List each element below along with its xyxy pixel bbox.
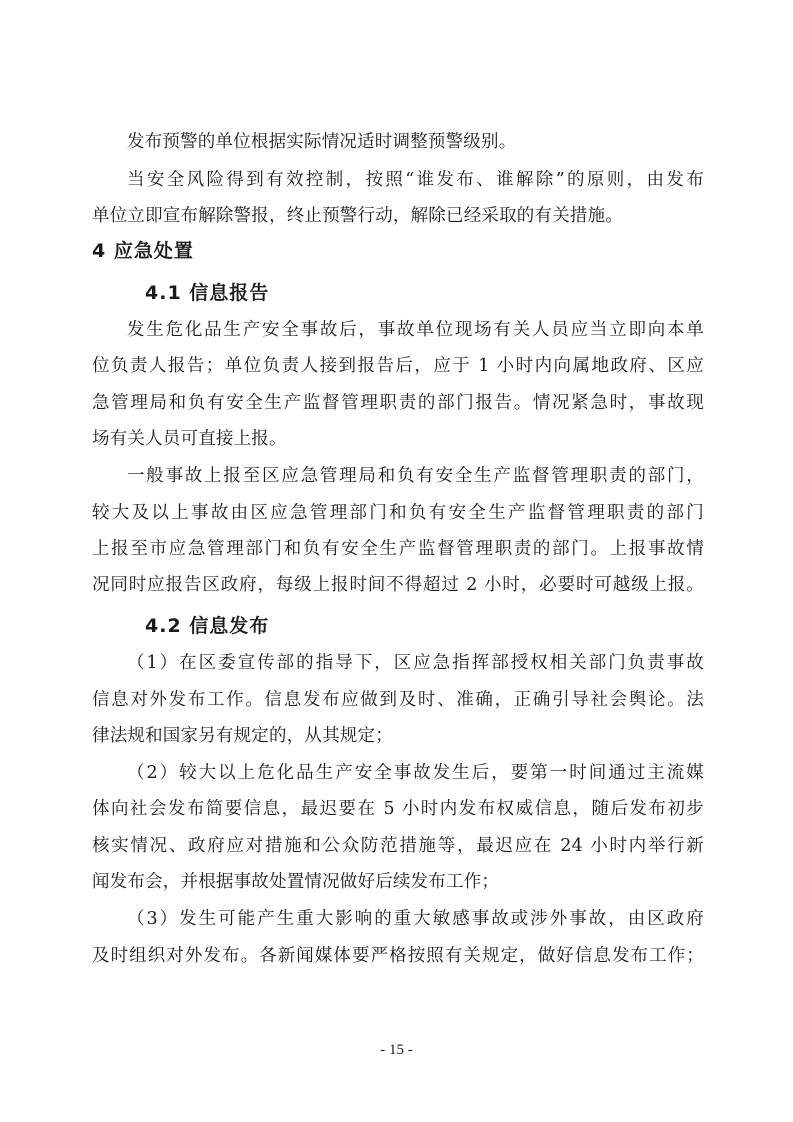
paragraph-line: 一般事故上报至区应急管理局和负有安全生产监督管理职责的部门，	[127, 464, 704, 488]
subsection-heading: 4.1 信息报告	[145, 280, 269, 306]
page-number: - 15 -	[0, 1042, 793, 1059]
paragraph-line: 较大及以上事故由区应急管理部门和负有安全生产监督管理职责的部门	[92, 501, 704, 525]
subsection-heading: 4.2 信息发布	[145, 613, 269, 639]
paragraph-line: 单位立即宣布解除警报，终止预警行动，解除已经采取的有关措施。	[92, 204, 704, 228]
paragraph-line: 及时组织对外发布。各新闻媒体要严格按照有关规定，做好信息发布工作；	[92, 944, 704, 968]
paragraph-line: 律法规和国家另有规定的，从其规定；	[92, 724, 704, 748]
paragraph-line: 核实情况、政府应对措施和公众防范措施等，最迟应在 24 小时内举行新	[92, 834, 704, 858]
paragraph-line: 急管理局和负有安全生产监督管理职责的部门报告。情况紧急时，事故现	[92, 391, 704, 415]
paragraph-line: 体向社会发布简要信息，最迟要在 5 小时内发布权威信息，随后发布初步	[92, 797, 704, 821]
paragraph-line: 发生危化品生产安全事故后，事故单位现场有关人员应当立即向本单	[127, 318, 704, 342]
paragraph-line: 场有关人员可直接上报。	[92, 427, 704, 451]
section-heading: 4 应急处置	[92, 238, 194, 264]
paragraph-line: （2）较大以上危化品生产安全事故发生后，要第一时间通过主流媒	[127, 761, 704, 785]
paragraph-line: 发布预警的单位根据实际情况适时调整预警级别。	[127, 130, 704, 154]
paragraph-line: （3）发生可能产生重大影响的重大敏感事故或涉外事故，由区政府	[127, 907, 704, 931]
paragraph-line: 当安全风险得到有效控制，按照“谁发布、谁解除”的原则，由发布	[127, 168, 704, 192]
paragraph-line: （1）在区委宣传部的指导下，区应急指挥部授权相关部门负责事故	[127, 651, 704, 675]
paragraph-line: 况同时应报告区政府，每级上报时间不得超过 2 小时，必要时可越级上报。	[92, 573, 704, 597]
paragraph-line: 信息对外发布工作。信息发布应做到及时、准确，正确引导社会舆论。法	[92, 688, 704, 712]
paragraph-line: 上报至市应急管理部门和负有安全生产监督管理职责的部门。上报事故情	[92, 537, 704, 561]
paragraph-line: 闻发布会，并根据事故处置情况做好后续发布工作；	[92, 870, 704, 894]
paragraph-line: 位负责人报告；单位负责人接到报告后，应于 1 小时内向属地政府、区应	[92, 354, 704, 378]
